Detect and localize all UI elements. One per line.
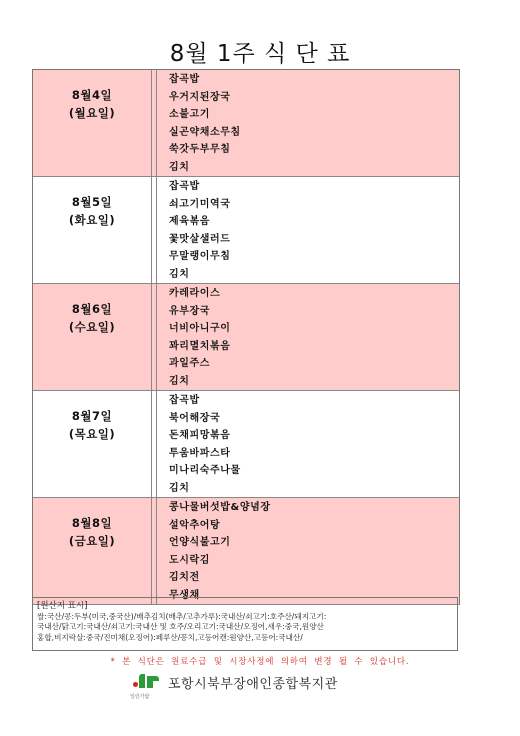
menu-item: 유부장국 [169, 303, 231, 321]
menu-item: 북어해장국 [169, 410, 241, 428]
day-date: 8월4일 [72, 86, 112, 104]
day-date: 8월5일 [72, 193, 112, 211]
menu-list: 잡곡밥 쇠고기미역국 제육볶음 꽃맛살샐러드 무말랭이무침 김치 [157, 177, 231, 283]
menu-item: 설악추어탕 [169, 517, 271, 535]
day-weekday: (수요일) [69, 318, 115, 336]
menu-item: 잡곡밥 [169, 392, 241, 410]
menu-item: 너비아니구이 [169, 320, 231, 338]
menu-item: 김치 [169, 480, 241, 498]
menu-item: 투움바파스타 [169, 445, 241, 463]
day-weekday: (월요일) [69, 104, 115, 122]
origin-line: 홍합,비지락살:중국/진미채(오징어):페루산/꽁치,고등어캔:원양산,고등어:… [37, 633, 453, 644]
menu-item: 제육볶음 [169, 213, 231, 231]
menu-item: 콩나물버섯밥&양념장 [169, 499, 271, 517]
menu-item: 실곤약채소무침 [169, 124, 241, 142]
origin-notice-box: [원산지 표시] 쌀:국산/콩:두부(미국,중국산)/배추김치(배추/고추가루)… [32, 597, 458, 651]
day-row-tuesday: 8월5일 (화요일) 잡곡밥 쇠고기미역국 제육볶음 꽃맛살샐러드 무말랭이무침… [33, 177, 459, 284]
menu-item: 우거지된장국 [169, 89, 241, 107]
day-weekday: (화요일) [69, 211, 115, 229]
menu-item: 쑥갓두부무침 [169, 141, 241, 159]
day-weekday: (목요일) [69, 425, 115, 443]
logo-caption: 일런가람 [130, 693, 149, 700]
menu-item: 꽈리멸치볶음 [169, 338, 231, 356]
menu-item: 돈채피망볶음 [169, 427, 241, 445]
menu-item: 꽃맛살샐러드 [169, 231, 231, 249]
menu-item: 과일주스 [169, 355, 231, 373]
day-row-friday: 8월8일 (금요일) 콩나물버섯밥&양념장 설악추어탕 언양식불고기 도시락김 … [33, 498, 459, 605]
change-notice: * 본 식단은 원료수급 및 시장사정에 의하여 변경 될 수 있습니다. [0, 655, 520, 667]
menu-item: 잡곡밥 [169, 71, 241, 89]
menu-list: 카레라이스 유부장국 너비아니구이 꽈리멸치볶음 과일주스 김치 [157, 284, 231, 390]
day-row-wednesday: 8월6일 (수요일) 카레라이스 유부장국 너비아니구이 꽈리멸치볶음 과일주스… [33, 284, 459, 391]
day-cell: 8월7일 (목요일) [33, 391, 152, 497]
menu-item: 언양식불고기 [169, 534, 271, 552]
menu-list: 콩나물버섯밥&양념장 설악추어탕 언양식불고기 도시락김 김치전 무생채 [157, 498, 271, 604]
menu-item: 무말랭이무침 [169, 248, 231, 266]
organization-logo-icon: 일런가람 [128, 670, 164, 704]
page-title: 8월 1주 식 단 표 [0, 40, 520, 68]
footer: 일런가람 포항시북부장애인종합복지관 [128, 670, 338, 704]
day-cell: 8월5일 (화요일) [33, 177, 152, 283]
day-cell: 8월6일 (수요일) [33, 284, 152, 390]
origin-title: [원산지 표시] [37, 601, 453, 612]
day-weekday: (금요일) [69, 532, 115, 550]
day-cell: 8월4일 (월요일) [33, 70, 152, 176]
origin-line: 국내산/닭고기:국내산/쇠고기:국내산 및 호주/오리고기:국내산/오징어,새우… [37, 622, 453, 633]
origin-line: 쌀:국산/콩:두부(미국,중국산)/배추김치(배추/고추가루):국내산/쇠고기:… [37, 612, 453, 623]
menu-item: 잡곡밥 [169, 178, 231, 196]
day-date: 8월7일 [72, 407, 112, 425]
day-date: 8월8일 [72, 514, 112, 532]
menu-item: 김치 [169, 373, 231, 391]
day-cell: 8월8일 (금요일) [33, 498, 152, 604]
day-row-thursday: 8월7일 (목요일) 잡곡밥 북어해장국 돈채피망볶음 투움바파스타 미나리숙주… [33, 391, 459, 498]
menu-table: 8월4일 (월요일) 잡곡밥 우거지된장국 소불고기 실곤약채소무침 쑥갓두부무… [32, 69, 460, 605]
day-date: 8월6일 [72, 300, 112, 318]
menu-item: 도시락김 [169, 552, 271, 570]
menu-list: 잡곡밥 우거지된장국 소불고기 실곤약채소무침 쑥갓두부무침 김치 [157, 70, 241, 176]
menu-item: 카레라이스 [169, 285, 231, 303]
menu-item: 김치 [169, 266, 231, 284]
day-row-monday: 8월4일 (월요일) 잡곡밥 우거지된장국 소불고기 실곤약채소무침 쑥갓두부무… [33, 70, 459, 177]
menu-list: 잡곡밥 북어해장국 돈채피망볶음 투움바파스타 미나리숙주나물 김치 [157, 391, 241, 497]
menu-item: 김치전 [169, 569, 271, 587]
organization-name: 포항시북부장애인종합복지관 [168, 673, 338, 704]
menu-item: 쇠고기미역국 [169, 196, 231, 214]
menu-item: 미나리숙주나물 [169, 462, 241, 480]
menu-item: 김치 [169, 159, 241, 177]
menu-item: 소불고기 [169, 106, 241, 124]
